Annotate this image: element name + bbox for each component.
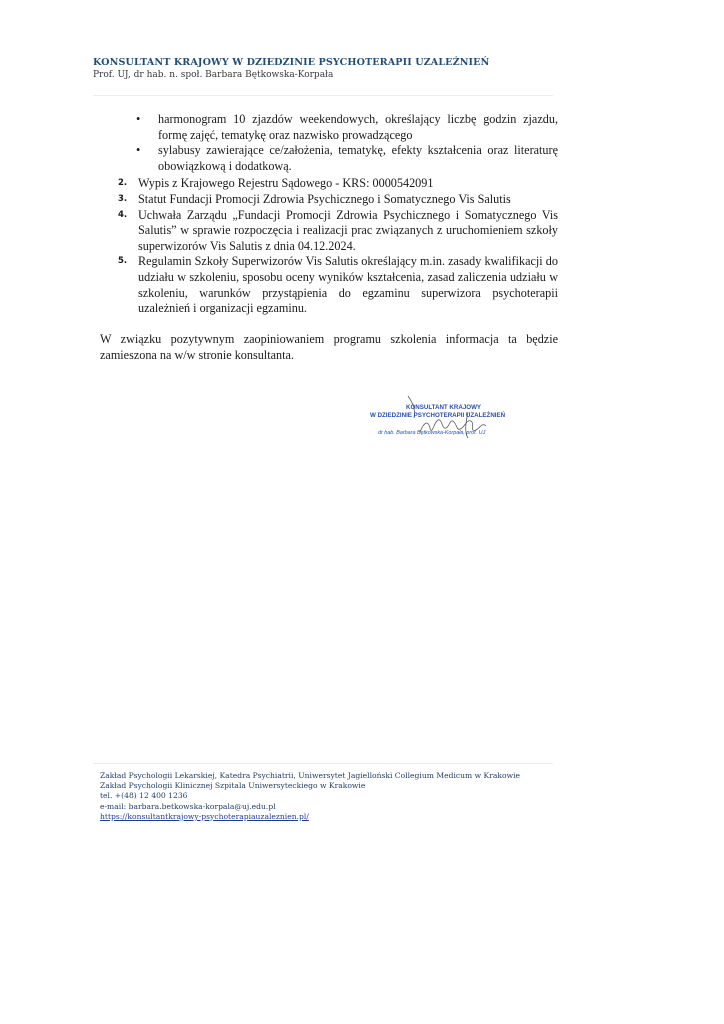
stamp-name: dr hab. Barbara Bętkowska-Korpała, prof.…: [378, 430, 485, 436]
numbered-item: 5. Regulamin Szkoły Superwizorów Vis Sal…: [118, 254, 558, 316]
bullet-item: harmonogram 10 zjazdów weekendowych, okr…: [158, 112, 558, 143]
numbered-item: 4. Uchwała Zarządu „Fundacji Promocji Zd…: [118, 208, 558, 255]
closing-paragraph: W związku pozytywnym zaopiniowaniem prog…: [100, 331, 558, 363]
footer-divider: [93, 763, 553, 764]
numbered-item: 2. Wypis z Krajowego Rejestru Sądowego -…: [118, 176, 558, 192]
letterhead: KONSULTANT KRAJOWY W DZIEDZINIE PSYCHOTE…: [93, 56, 563, 82]
signature-stamp: KONSULTANT KRAJOWY W DZIEDZINIE PSYCHOTE…: [368, 392, 533, 450]
attachment-subitems: harmonogram 10 zjazdów weekendowych, okr…: [158, 112, 558, 174]
signature-icon: [368, 392, 533, 450]
item-number: 2.: [118, 176, 127, 192]
item-text: Wypis z Krajowego Rejestru Sądowego - KR…: [138, 176, 433, 190]
footer-website-link[interactable]: https://konsultantkrajowy-psychoterapiau…: [100, 812, 309, 821]
header-divider: [93, 95, 553, 96]
letter-footer: Zakład Psychologii Lekarskiej, Katedra P…: [100, 771, 560, 822]
attachment-list: 2. Wypis z Krajowego Rejestru Sądowego -…: [118, 176, 558, 316]
item-text: Statut Fundacji Promocji Zdrowia Psychic…: [138, 192, 511, 206]
numbered-item: 3. Statut Fundacji Promocji Zdrowia Psyc…: [118, 192, 558, 208]
item-number: 4.: [118, 208, 127, 224]
letterhead-subtitle: Prof. UJ, dr hab. n. społ. Barbara Bętko…: [93, 69, 563, 82]
document-body: harmonogram 10 zjazdów weekendowych, okr…: [118, 112, 558, 317]
item-number: 5.: [118, 254, 127, 270]
footer-department: Zakład Psychologii Lekarskiej, Katedra P…: [100, 771, 560, 781]
item-text: Regulamin Szkoły Superwizorów Vis Saluti…: [138, 254, 558, 315]
item-number: 3.: [118, 192, 127, 208]
bullet-item: sylabusy zawierające ce/założenia, temat…: [158, 143, 558, 174]
footer-hospital: Zakład Psychologii Klinicznej Szpitala U…: [100, 781, 560, 791]
stamp-field: W DZIEDZINIE PSYCHOTERAPII UZALEŻNIEŃ: [370, 412, 505, 419]
letterhead-title: KONSULTANT KRAJOWY W DZIEDZINIE PSYCHOTE…: [93, 56, 563, 69]
footer-email: e-mail: barbara.betkowska-korpala@uj.edu…: [100, 802, 560, 812]
footer-phone: tel. +(48) 12 400 1236: [100, 791, 560, 801]
item-text: Uchwała Zarządu „Fundacji Promocji Zdrow…: [138, 208, 558, 253]
stamp-title: KONSULTANT KRAJOWY: [406, 404, 481, 411]
